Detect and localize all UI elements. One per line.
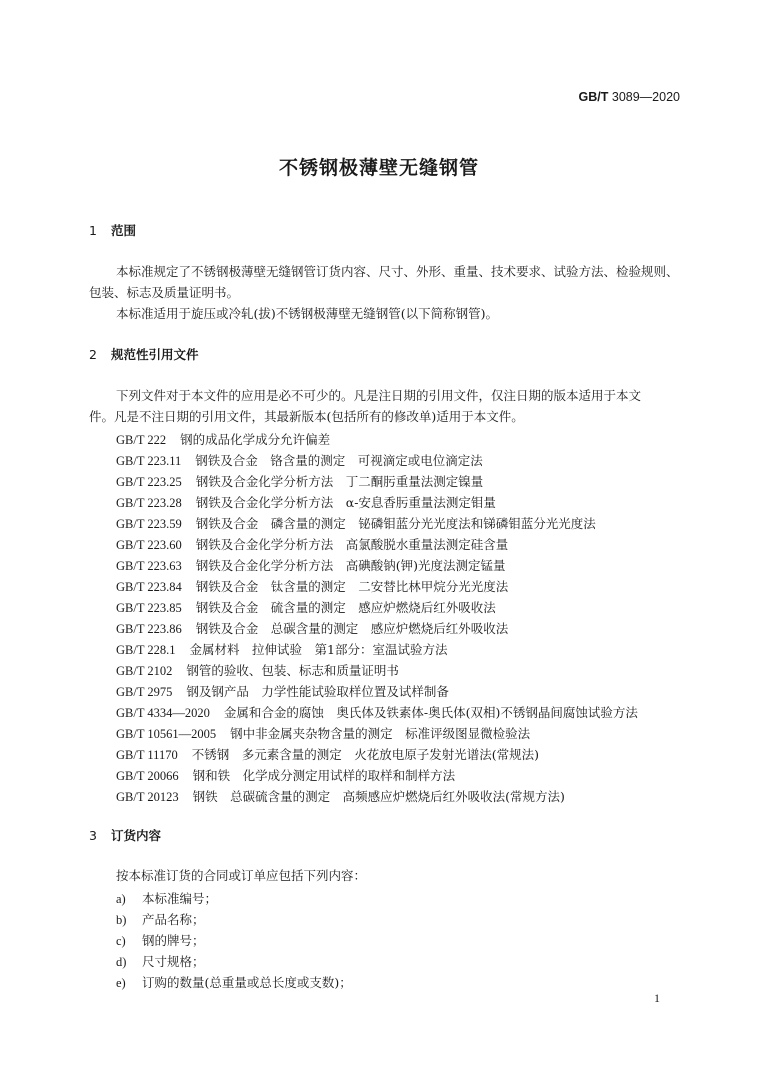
reference-item: GB/T 223.11钢铁及合金 铬含量的测定 可视滴定或电位滴定法 [116, 451, 483, 469]
reference-title: 钢铁及合金化学分析方法 高氯酸脱水重量法测定硅含量 [196, 535, 509, 553]
reference-title: 钢的成品化学成分允许偏差 [180, 430, 330, 448]
reference-title: 钢铁 总碳硫含量的测定 高频感应炉燃烧后红外吸收法(常规方法) [193, 787, 565, 805]
reference-item: GB/T 2975钢及钢产品 力学性能试验取样位置及试样制备 [116, 682, 449, 700]
reference-title: 金属材料 拉伸试验 第1部分：室温试验方法 [190, 640, 448, 658]
paragraph: 件。凡是不注日期的引用文件，其最新版本(包括所有的修改单)适用于本文件。 [89, 406, 524, 427]
reference-item: GB/T 223.63钢铁及合金化学分析方法 高碘酸钠(钾)光度法测定锰量 [116, 556, 506, 574]
list-item: a)本标准编号； [116, 889, 217, 907]
reference-code: GB/T 223.60 [116, 538, 182, 553]
list-text: 产品名称； [142, 912, 205, 927]
reference-code: GB/T 223.63 [116, 559, 182, 574]
list-item: c)钢的牌号； [116, 931, 205, 949]
section-3-heading: 3订货内容 [89, 826, 161, 844]
reference-item: GB/T 11170不锈钢 多元素含量的测定 火花放电原子发射光谱法(常规法) [116, 745, 539, 763]
reference-code: GB/T 223.85 [116, 601, 182, 616]
reference-item: GB/T 223.86钢铁及合金 总碳含量的测定 感应炉燃烧后红外吸收法 [116, 619, 508, 637]
section-title: 规范性引用文件 [111, 347, 199, 362]
reference-code: GB/T 2102 [116, 664, 172, 679]
reference-item: GB/T 4334—2020金属和合金的腐蚀 奥氏体及铁素体-奥氏体(双相)不锈… [116, 703, 638, 721]
paragraph: 本标准规定了不锈钢极薄壁无缝钢管订货内容、尺寸、外形、重量、技术要求、试验方法、… [116, 261, 679, 282]
reference-item: GB/T 2102钢管的验收、包装、标志和质量证明书 [116, 661, 399, 679]
reference-item: GB/T 223.25钢铁及合金化学分析方法 丁二酮肟重量法测定镍量 [116, 472, 483, 490]
reference-item: GB/T 10561—2005钢中非金属夹杂物含量的测定 标准评级图显微检验法 [116, 724, 530, 742]
section-number: 2 [89, 347, 111, 362]
list-marker: b) [116, 913, 142, 928]
section-number: 1 [89, 223, 111, 238]
reference-title: 金属和合金的腐蚀 奥氏体及铁素体-奥氏体(双相)不锈钢晶间腐蚀试验方法 [224, 703, 638, 721]
section-title: 订货内容 [111, 828, 161, 843]
reference-item: GB/T 223.85钢铁及合金 硫含量的测定 感应炉燃烧后红外吸收法 [116, 598, 496, 616]
reference-code: GB/T 222 [116, 433, 166, 448]
reference-code: GB/T 223.86 [116, 622, 182, 637]
paragraph: 下列文件对于本文件的应用是必不可少的。凡是注日期的引用文件，仅注日期的版本适用于… [116, 385, 641, 406]
reference-code: GB/T 20066 [116, 769, 179, 784]
reference-code: GB/T 223.59 [116, 517, 182, 532]
reference-item: GB/T 20123钢铁 总碳硫含量的测定 高频感应炉燃烧后红外吸收法(常规方法… [116, 787, 565, 805]
reference-code: GB/T 2975 [116, 685, 172, 700]
reference-item: GB/T 223.60钢铁及合金化学分析方法 高氯酸脱水重量法测定硅含量 [116, 535, 508, 553]
section-title: 范围 [111, 223, 136, 238]
reference-code: GB/T 4334—2020 [116, 706, 210, 721]
reference-title: 钢铁及合金化学分析方法 高碘酸钠(钾)光度法测定锰量 [196, 556, 506, 574]
reference-item: GB/T 223.84钢铁及合金 钛含量的测定 二安替比林甲烷分光光度法 [116, 577, 508, 595]
standard-code: GB/T 3089—2020 [579, 90, 680, 104]
reference-code: GB/T 223.11 [116, 454, 181, 469]
list-item: d)尺寸规格； [116, 952, 205, 970]
reference-title: 钢铁及合金化学分析方法 α-安息香肟重量法测定钼量 [196, 493, 496, 511]
reference-code: GB/T 223.28 [116, 496, 182, 511]
paragraph: 本标准适用于旋压或冷轧(拔)不锈钢极薄壁无缝钢管(以下简称钢管)。 [116, 303, 498, 324]
reference-title: 钢及钢产品 力学性能试验取样位置及试样制备 [186, 682, 449, 700]
list-item: e)订购的数量(总重量或总长度或支数)； [116, 973, 352, 991]
reference-title: 钢和铁 化学成分测定用试样的取样和制样方法 [193, 766, 456, 784]
page-number: 1 [654, 991, 660, 1006]
reference-title: 钢铁及合金 磷含量的测定 铋磷钼蓝分光光度法和锑磷钼蓝分光光度法 [196, 514, 596, 532]
section-1-heading: 1范围 [89, 221, 136, 239]
section-2-heading: 2规范性引用文件 [89, 345, 199, 363]
reference-code: GB/T 223.25 [116, 475, 182, 490]
reference-title: 钢铁及合金化学分析方法 丁二酮肟重量法测定镍量 [196, 472, 484, 490]
list-marker: c) [116, 934, 142, 949]
reference-code: GB/T 20123 [116, 790, 179, 805]
reference-title: 钢铁及合金 铬含量的测定 可视滴定或电位滴定法 [195, 451, 483, 469]
list-text: 订购的数量(总重量或总长度或支数)； [142, 975, 352, 990]
reference-code: GB/T 11170 [116, 748, 178, 763]
reference-title: 不锈钢 多元素含量的测定 火花放电原子发射光谱法(常规法) [192, 745, 539, 763]
list-text: 尺寸规格； [142, 954, 205, 969]
reference-item: GB/T 223.59钢铁及合金 磷含量的测定 铋磷钼蓝分光光度法和锑磷钼蓝分光… [116, 514, 596, 532]
list-marker: e) [116, 976, 142, 991]
reference-title: 钢铁及合金 硫含量的测定 感应炉燃烧后红外吸收法 [196, 598, 496, 616]
list-marker: d) [116, 955, 142, 970]
reference-code: GB/T 10561—2005 [116, 727, 216, 742]
reference-title: 钢铁及合金 总碳含量的测定 感应炉燃烧后红外吸收法 [196, 619, 509, 637]
reference-title: 钢中非金属夹杂物含量的测定 标准评级图显微检验法 [230, 724, 530, 742]
reference-item: GB/T 222钢的成品化学成分允许偏差 [116, 430, 330, 448]
reference-code: GB/T 228.1 [116, 643, 176, 658]
paragraph: 包装、标志及质量证明书。 [89, 282, 239, 303]
list-text: 钢的牌号； [142, 933, 205, 948]
reference-title: 钢铁及合金 钛含量的测定 二安替比林甲烷分光光度法 [196, 577, 509, 595]
document-title: 不锈钢极薄壁无缝钢管 [0, 153, 758, 180]
list-item: b)产品名称； [116, 910, 205, 928]
paragraph: 按本标准订货的合同或订单应包括下列内容： [116, 865, 366, 886]
reference-title: 钢管的验收、包装、标志和质量证明书 [186, 661, 399, 679]
standard-number: 3089—2020 [612, 90, 680, 104]
reference-item: GB/T 223.28钢铁及合金化学分析方法 α-安息香肟重量法测定钼量 [116, 493, 496, 511]
section-number: 3 [89, 828, 111, 843]
reference-code: GB/T 223.84 [116, 580, 182, 595]
reference-item: GB/T 228.1金属材料 拉伸试验 第1部分：室温试验方法 [116, 640, 447, 658]
list-text: 本标准编号； [142, 891, 217, 906]
standard-prefix: GB/T [579, 90, 609, 104]
reference-item: GB/T 20066钢和铁 化学成分测定用试样的取样和制样方法 [116, 766, 455, 784]
list-marker: a) [116, 892, 142, 907]
